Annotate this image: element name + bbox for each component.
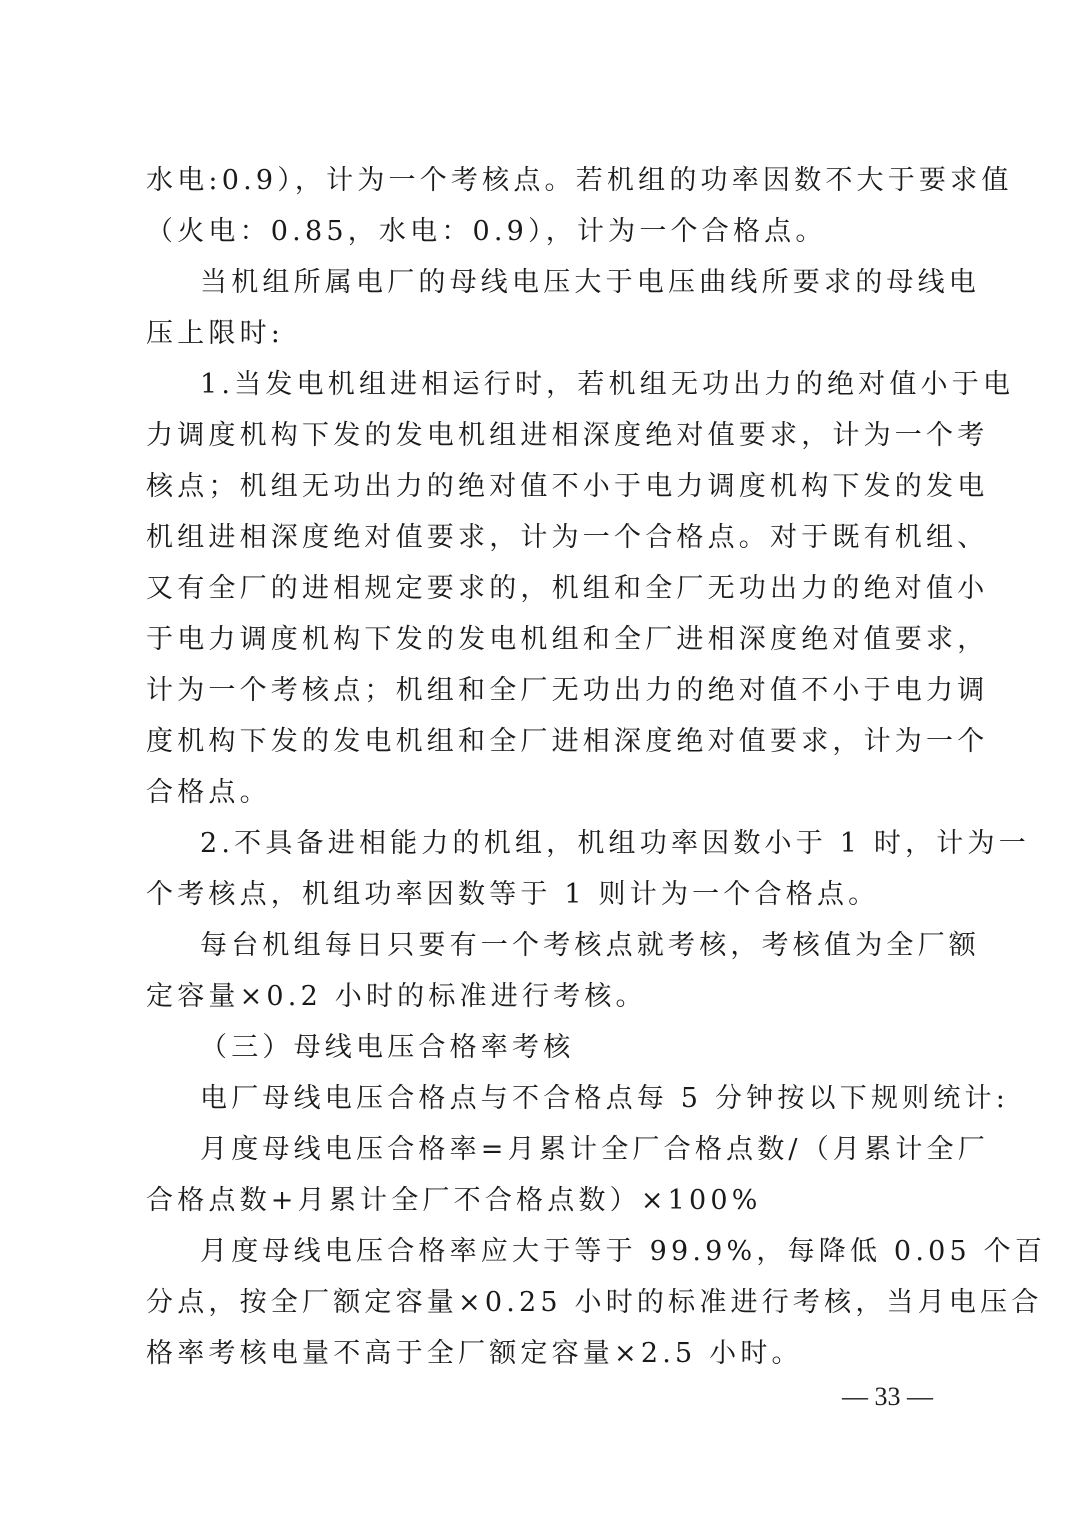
text-line: 月度母线电压合格率应大于等于 99.9%，每降低 0.05 个百 xyxy=(200,1226,938,1277)
text-line: 当机组所属电厂的母线电压大于电压曲线所要求的母线电 xyxy=(200,257,938,308)
text-line: 力调度机构下发的发电机组进相深度绝对值要求，计为一个考 xyxy=(146,410,938,461)
text-line: 格率考核电量不高于全厂额定容量×2.5 小时。 xyxy=(146,1328,938,1379)
text-line: （火电：0.85，水电：0.9），计为一个合格点。 xyxy=(146,206,938,257)
text-line: 合格点。 xyxy=(146,767,938,818)
document-page: 水电:0.9），计为一个考核点。若机组的功率因数不大于要求值（火电：0.85，水… xyxy=(0,0,1080,1527)
text-line: 2.不具备进相能力的机组，机组功率因数小于 1 时，计为一 xyxy=(200,818,938,869)
text-line: 每台机组每日只要有一个考核点就考核，考核值为全厂额 xyxy=(200,920,938,971)
text-line: 度机构下发的发电机组和全厂进相深度绝对值要求，计为一个 xyxy=(146,716,938,767)
text-line: 于电力调度机构下发的发电机组和全厂进相深度绝对值要求， xyxy=(146,614,938,665)
text-line: 机组进相深度绝对值要求，计为一个合格点。对于既有机组、 xyxy=(146,512,938,563)
text-line: 月度母线电压合格率=月累计全厂合格点数/（月累计全厂 xyxy=(200,1124,938,1175)
text-line: 定容量×0.2 小时的标准进行考核。 xyxy=(146,971,938,1022)
text-line: （三）母线电压合格率考核 xyxy=(200,1022,938,1073)
text-line: 1.当发电机组进相运行时，若机组无功出力的绝对值小于电 xyxy=(200,359,938,410)
text-line: 电厂母线电压合格点与不合格点每 5 分钟按以下规则统计: xyxy=(200,1073,938,1124)
text-line: 个考核点，机组功率因数等于 1 则计为一个合格点。 xyxy=(146,869,938,920)
text-line: 水电:0.9），计为一个考核点。若机组的功率因数不大于要求值 xyxy=(146,155,938,206)
text-line: 计为一个考核点；机组和全厂无功出力的绝对值不小于电力调 xyxy=(146,665,938,716)
page-number: — 33 — xyxy=(835,1380,940,1414)
text-line: 合格点数+月累计全厂不合格点数）×100% xyxy=(146,1175,938,1226)
text-line: 分点，按全厂额定容量×0.25 小时的标准进行考核，当月电压合 xyxy=(146,1277,938,1328)
text-line: 核点；机组无功出力的绝对值不小于电力调度机构下发的发电 xyxy=(146,461,938,512)
text-line: 压上限时: xyxy=(146,308,938,359)
text-line: 又有全厂的进相规定要求的，机组和全厂无功出力的绝对值小 xyxy=(146,563,938,614)
